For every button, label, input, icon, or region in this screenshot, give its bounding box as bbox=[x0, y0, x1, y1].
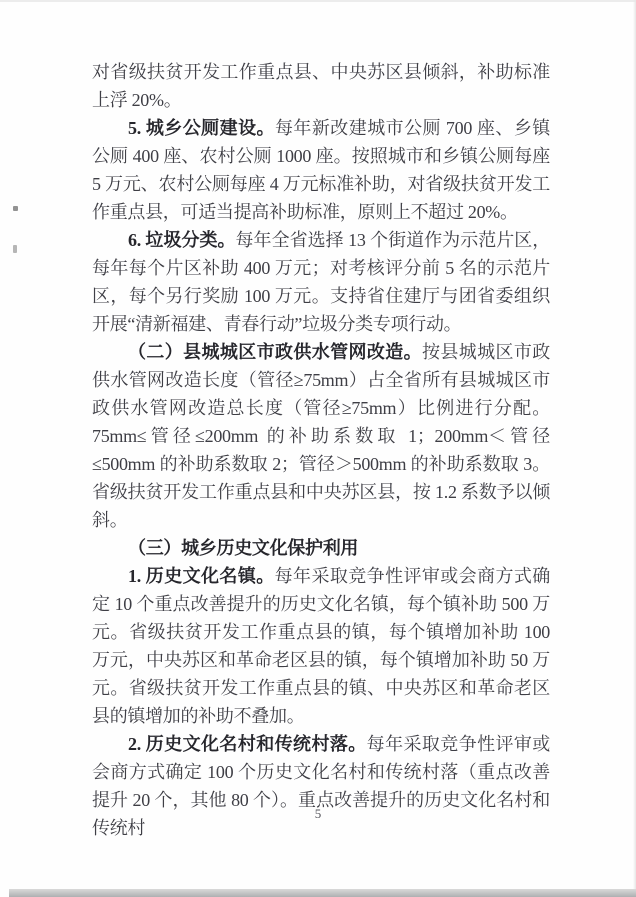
page-number: 5 bbox=[0, 806, 636, 822]
paragraph: （三）城乡历史文化保护利用 bbox=[92, 534, 550, 562]
text-run: 对省级扶贫开发工作重点县、中央苏区县倾斜，补助标准上浮 20%。 bbox=[92, 62, 550, 110]
heading-run: （二）县城城区市政供水管网改造。 bbox=[128, 342, 422, 362]
paragraph: （二）县城城区市政供水管网改造。按县城城区市政供水管网改造长度（管径≥75mm）… bbox=[92, 338, 550, 534]
heading-run: 2. 历史文化名村和传统村落。 bbox=[128, 734, 367, 754]
paragraph: 1. 历史文化名镇。每年采取竞争性评审或会商方式确定 10 个重点改善提升的历史… bbox=[92, 562, 550, 730]
heading-run: 6. 垃圾分类。 bbox=[128, 230, 236, 250]
page-bottom-shadow bbox=[9, 889, 636, 897]
document-body: 对省级扶贫开发工作重点县、中央苏区县倾斜，补助标准上浮 20%。5. 城乡公厕建… bbox=[92, 58, 550, 842]
text-run: 每年采取竞争性评审或会商方式确定 10 个重点改善提升的历史文化名镇，每个镇补助… bbox=[92, 566, 550, 726]
paragraph: 对省级扶贫开发工作重点县、中央苏区县倾斜，补助标准上浮 20%。 bbox=[92, 58, 550, 114]
paragraph: 5. 城乡公厕建设。每年新改建城市公厕 700 座、乡镇公厕 400 座、农村公… bbox=[92, 114, 550, 226]
text-run: 按县城城区市政供水管网改造长度（管径≥75mm）占全省所有县城城区市政供水管网改… bbox=[92, 342, 550, 530]
scanned-document-page: 对省级扶贫开发工作重点县、中央苏区县倾斜，补助标准上浮 20%。5. 城乡公厕建… bbox=[0, 0, 636, 897]
paragraph: 2. 历史文化名村和传统村落。每年采取竞争性评审或会商方式确定 100 个历史文… bbox=[92, 730, 550, 842]
heading-run: （三）城乡历史文化保护利用 bbox=[128, 538, 358, 558]
heading-run: 1. 历史文化名镇。 bbox=[128, 566, 275, 586]
paragraph: 6. 垃圾分类。每年全省选择 13 个街道作为示范片区，每年每个片区补助 400… bbox=[92, 226, 550, 338]
heading-run: 5. 城乡公厕建设。 bbox=[128, 118, 275, 138]
scan-speck bbox=[13, 206, 18, 211]
scan-speck bbox=[13, 245, 17, 253]
scan-edge-top bbox=[0, 0, 636, 2]
